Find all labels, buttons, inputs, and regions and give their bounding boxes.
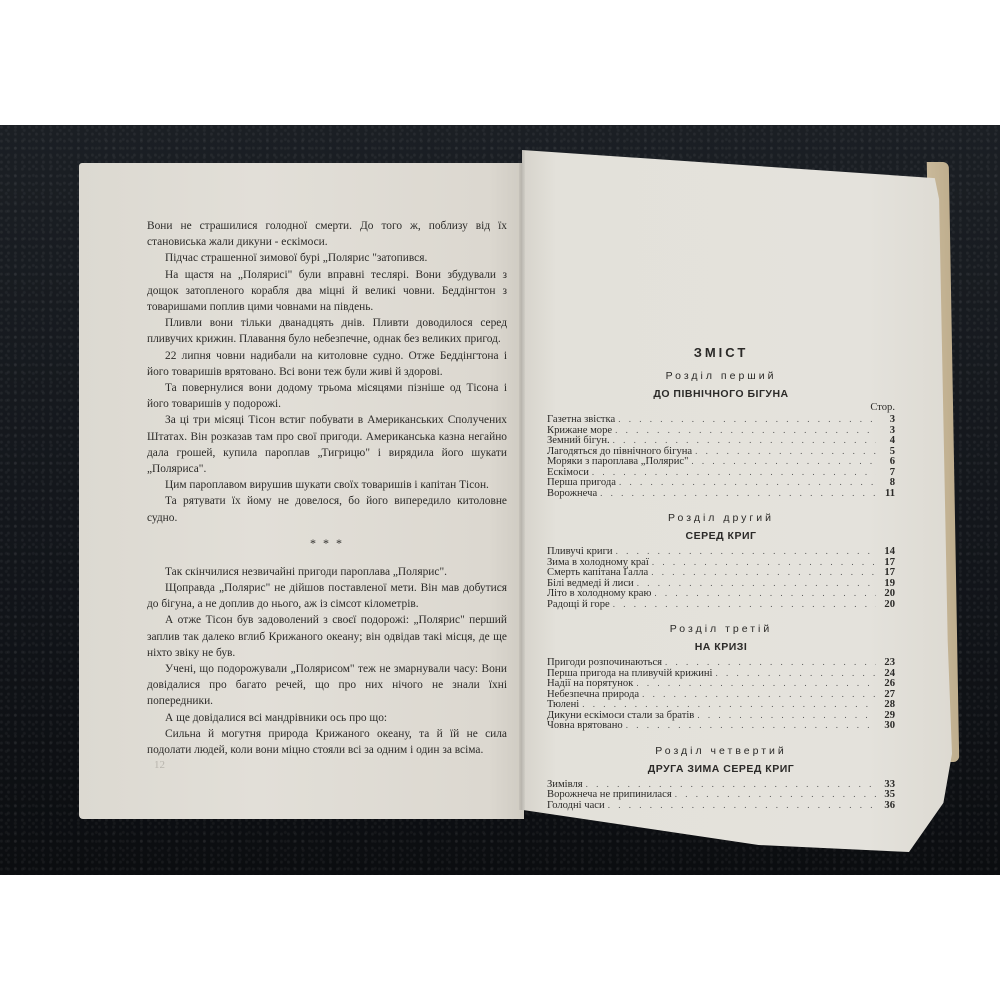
paragraph: Та повернулися вони додому трьома місяця… [147,380,507,412]
dot-leader [618,414,876,425]
left-page-text: Вони не страшилися голодної смерти. До т… [147,218,507,758]
section-label: Розділ перший [547,370,895,382]
section-title: СЕРЕД КРИГ [547,530,895,542]
section-title: ДРУГА ЗИМА СЕРЕД КРИГ [547,763,895,775]
toc-entry: Тюлені28 [547,699,895,710]
toc-entry: Надії на порятунок26 [547,678,895,689]
section-label: Розділ другий [547,512,895,524]
dot-leader [697,710,876,721]
dot-leader [608,800,876,811]
toc-entry-page: 6 [879,457,895,468]
section-title: ДО ПІВНІЧНОГО БІГУНА [547,388,895,400]
toc-entry: Голодні часи36 [547,800,895,811]
toc-entry: Пригоди розпочинаються23 [547,657,895,668]
toc-entry-list: Зимівля33Ворожнеча не припинилася35Голод… [547,779,895,811]
page-number: 12 [154,759,165,771]
open-book: Вони не страшилися голодної смерти. До т… [0,0,1000,1000]
toc-entry: Білі ведмеді й лиси19 [547,578,895,589]
toc-entry-title: Тюлені [547,700,579,711]
paragraph: Учені, що подорожували „Полярисом" теж н… [147,661,507,710]
toc-entry-title: Смерть капітана Ґалла [547,568,648,579]
toc-entry: Лагодяться до північного бігуна5 [547,446,895,457]
toc-entry: Перша пригода8 [547,477,895,488]
dot-leader [675,789,876,800]
toc-entry-page: 28 [879,700,895,711]
toc-entry: Крижане море3 [547,425,895,436]
toc-entry: Зимівля33 [547,779,895,790]
dot-leader [695,446,876,457]
paragraph: На щастя на „Полярисі" були вправні тесл… [147,267,507,316]
toc-entry: Смерть капітана Ґалла17 [547,567,895,578]
paragraph: Сильна й могутня природа Крижаного океан… [147,726,507,758]
toc-entry-page: 23 [879,658,895,669]
section-separator: * * * [147,528,507,558]
toc-entry: Пливучі криги14 [547,546,895,557]
toc-entry: Перша пригода на пливучій крижині24 [547,668,895,679]
toc-entry: Моряки з пароплава „Полярис"6 [547,456,895,467]
toc-entry-title: Голодні часи [547,801,605,812]
section-label: Розділ четвертий [547,745,895,757]
toc-entry: Човна врятовано30 [547,720,895,731]
dot-leader [716,668,877,679]
paragraph: Щоправда „Полярис" не дійшов поставленої… [147,580,507,612]
dot-leader [619,477,876,488]
toc-entry-list: Газетна звістка3Крижане море3Земний бігу… [547,414,895,498]
dot-leader [665,657,876,668]
dot-leader [600,488,876,499]
dot-leader [626,720,876,731]
toc-entry-title: Пливучі криги [547,547,613,558]
toc-entry: Дикуни ескімоси стали за братів29 [547,710,895,721]
paragraph: За ці три місяці Тісон встиг побувати в … [147,412,507,477]
dot-leader [615,425,876,436]
toc-entry-title: Газетна звістка [547,415,615,426]
toc-entry: Літо в холодному краю20 [547,588,895,599]
toc-entry: Ворожнеча11 [547,488,895,499]
toc-entry-page: 17 [879,568,895,579]
section-title: НА КРИЗІ [547,641,895,653]
dot-leader [654,588,876,599]
dot-leader [637,578,876,589]
dot-leader [613,599,876,610]
paragraph: Цим пароплавом вирушив шукати своїх това… [147,477,507,493]
toc-entry-page: 20 [879,589,895,600]
toc-entry-page: 4 [879,436,895,447]
toc-entry: Зима в холодному краї17 [547,557,895,568]
dot-leader [642,689,876,700]
toc-entry-list: Пливучі криги14Зима в холодному краї17См… [547,546,895,609]
toc-entry-title: Надії на порятунок [547,679,633,690]
toc-entry: Газетна звістка3 [547,414,895,425]
dot-leader [582,699,876,710]
paragraph: Вони не страшилися голодної смерти. До т… [147,218,507,250]
toc-entry: Ворожнеча не припинилася35 [547,789,895,800]
toc-entry: Радощі й горе20 [547,599,895,610]
toc-entry-page: 8 [879,478,895,489]
toc-entry-title: Земний бігун. [547,436,610,447]
paragraph: Так скінчилися незвичайні пригоди паропл… [147,564,507,580]
toc-entry: Ескімоси7 [547,467,895,478]
paragraph: Та рятувати їх йому не довелося, бо його… [147,493,507,525]
toc-entry-page: 3 [879,415,895,426]
paragraph: Пливли вони тільки дванадцять днів. Плив… [147,315,507,347]
book-spine-gutter [519,150,525,810]
toc-entry: Земний бігун.4 [547,435,895,446]
dot-leader [613,435,876,446]
toc-entry-page: 36 [879,801,895,812]
table-of-contents: ЗМІСТ Розділ першийДО ПІВНІЧНОГО БІГУНАС… [547,345,895,824]
toc-entry-page: 35 [879,790,895,801]
paragraph: А ще довідалися всі мандрівники ось про … [147,710,507,726]
toc-title: ЗМІСТ [547,345,895,360]
dot-leader [651,567,876,578]
toc-entry-title: Радощі й горе [547,600,610,611]
paragraph: 22 липня човни надибали на китоловне суд… [147,348,507,380]
paragraph: А отже Тісон був задоволений з своєї под… [147,612,507,661]
toc-entry: Небезпечна природа27 [547,689,895,700]
paragraph: Підчас страшенної зимової бурі „Полярис … [147,250,507,266]
dot-leader [652,557,876,568]
toc-entry-page: 20 [879,600,895,611]
toc-entry-title: Човна врятовано [547,721,623,732]
toc-entry-list: Пригоди розпочинаються23Перша пригода на… [547,657,895,731]
toc-entry-page: 11 [879,489,895,500]
dot-leader [616,546,876,557]
toc-entry-page: 30 [879,721,895,732]
section-label: Розділ третій [547,623,895,635]
dot-leader [636,678,876,689]
toc-entry-page: 26 [879,679,895,690]
dot-leader [586,779,876,790]
toc-entry-page: 14 [879,547,895,558]
toc-entry-title: Пригоди розпочинаються [547,658,662,669]
dot-leader [691,456,876,467]
toc-entry-title: Ворожнеча [547,489,597,500]
dot-leader [592,467,876,478]
